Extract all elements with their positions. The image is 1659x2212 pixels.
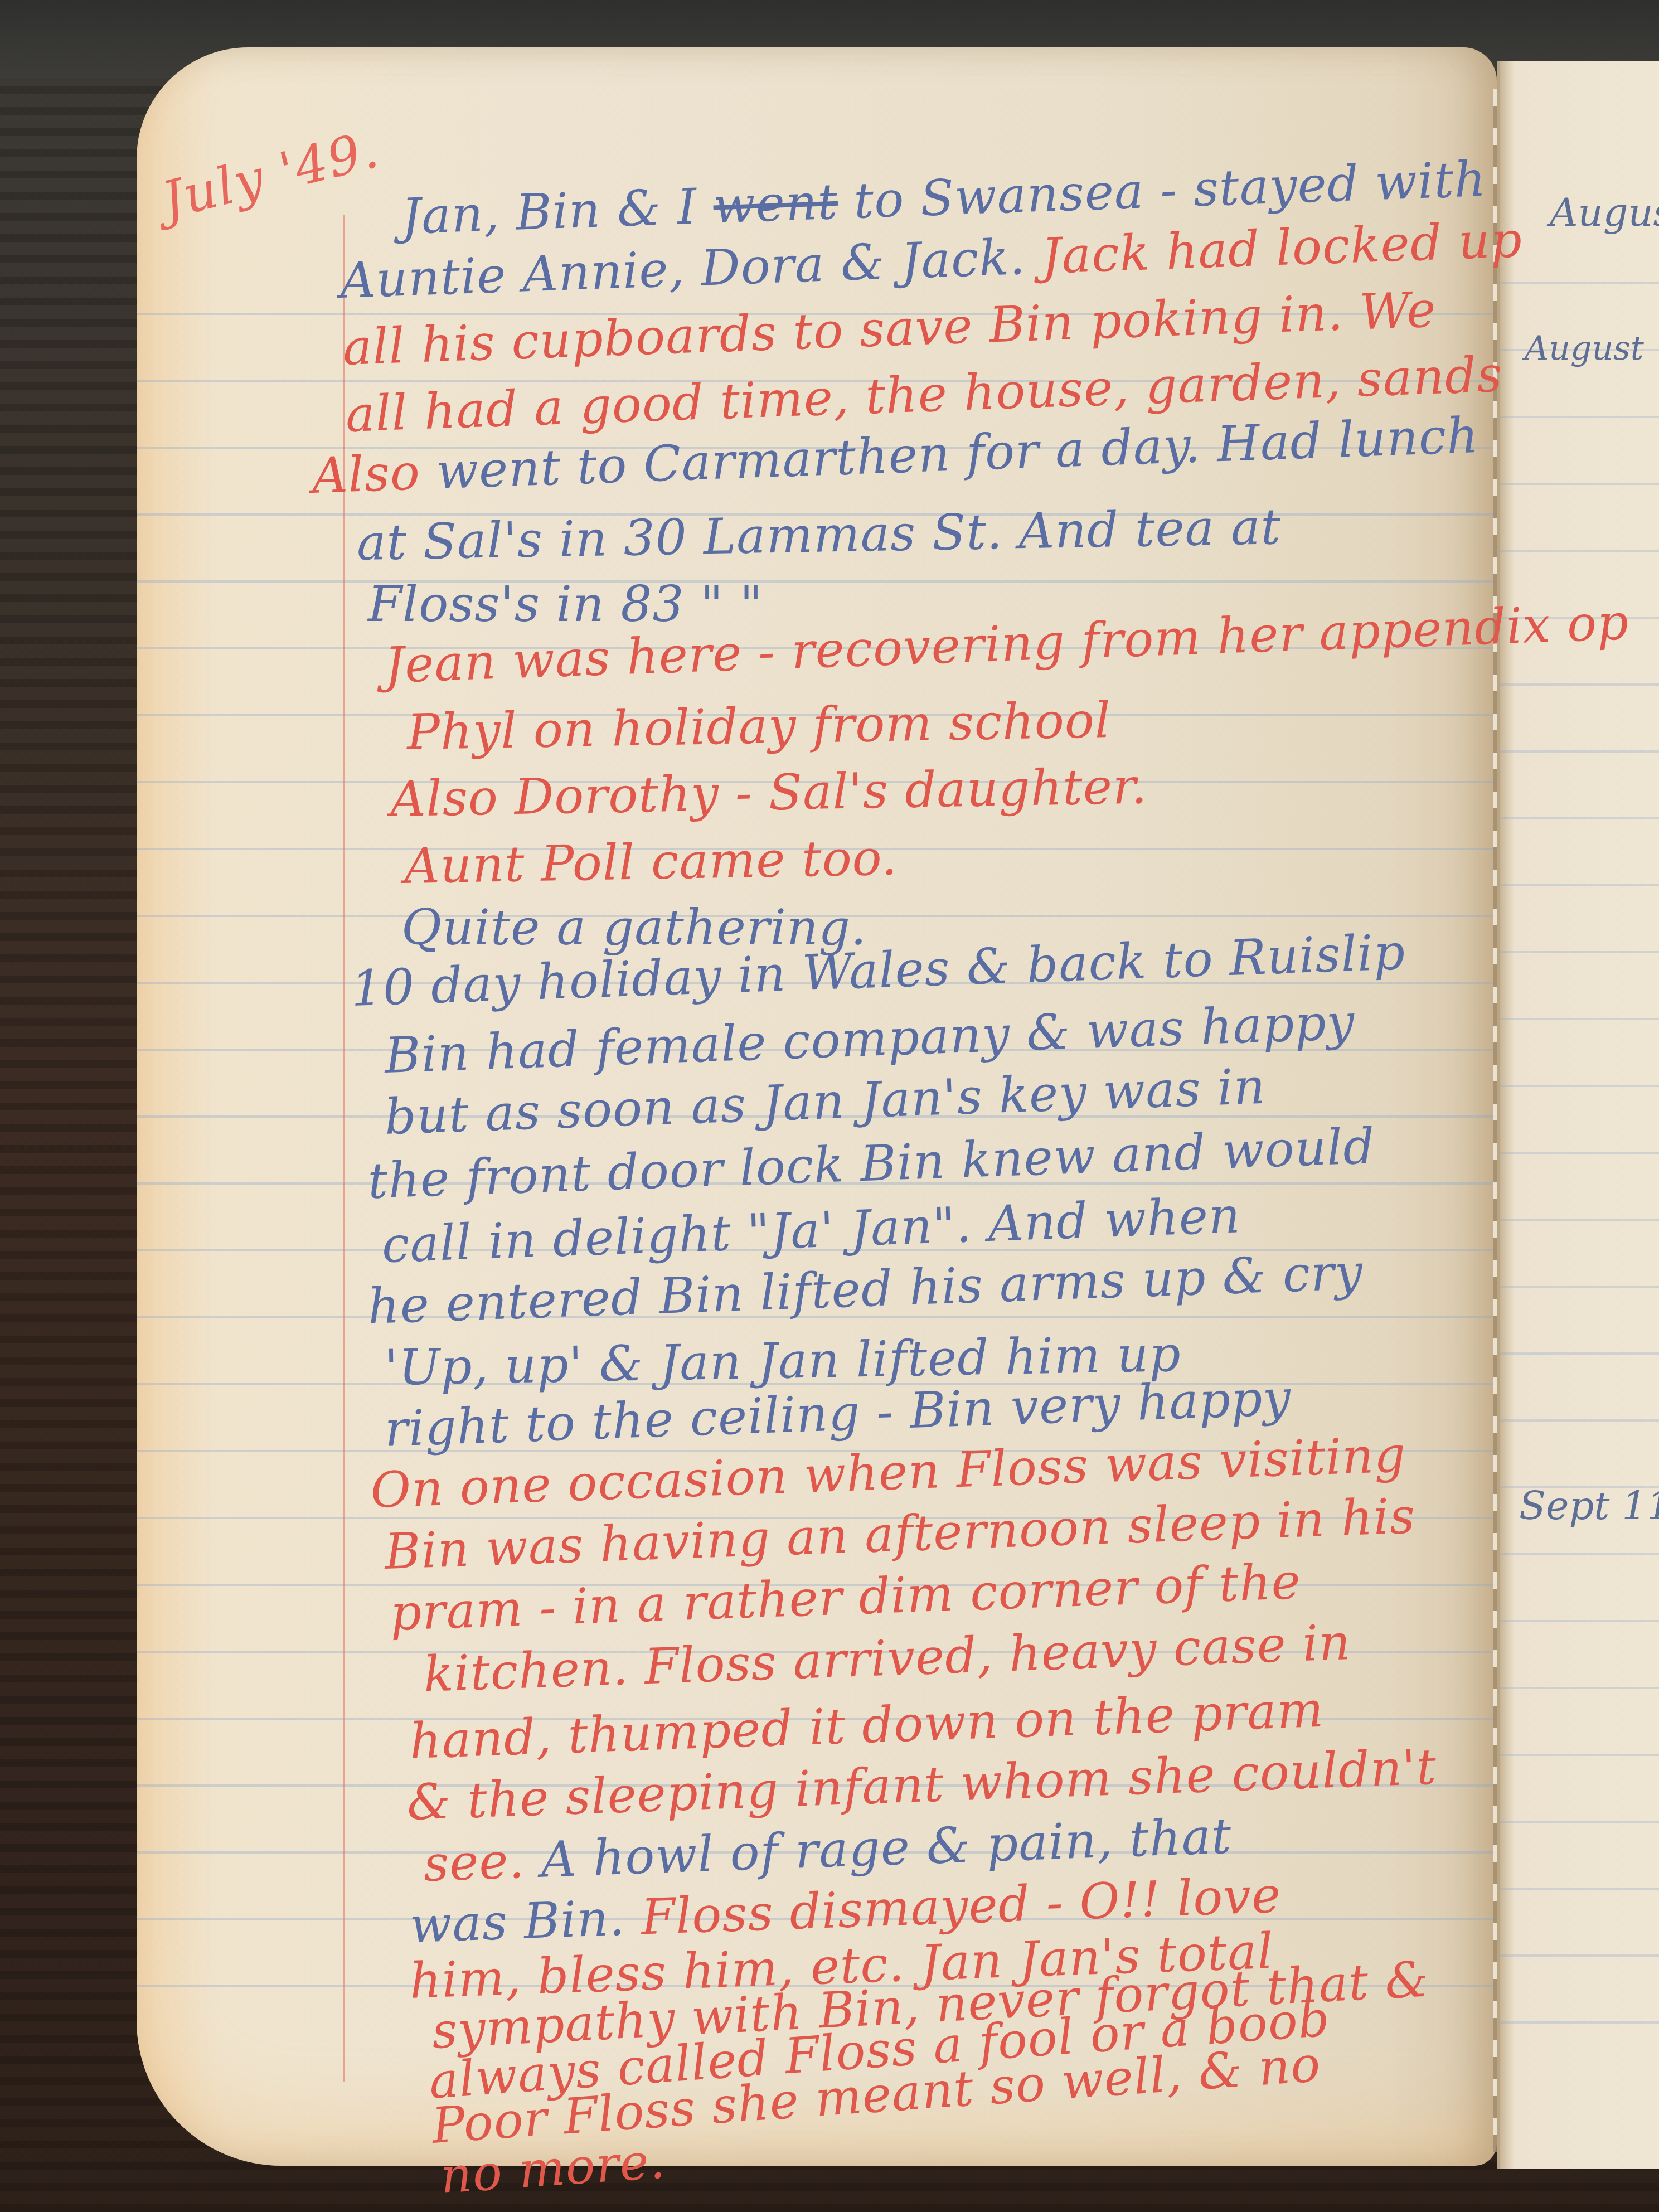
ink-segment-blue: Jan, Bin & I	[400, 177, 714, 245]
ink-segment-blue: was Bin.	[409, 1889, 642, 1954]
handwritten-line: Also Dorothy - Sal's daughter.	[390, 761, 1148, 824]
right-margin-note: Sept 11	[1519, 1483, 1659, 1529]
struck-through-word: went	[712, 173, 839, 235]
handwritten-line: Phyl on holiday from school	[406, 696, 1111, 757]
right-margin-note: August	[1550, 190, 1659, 235]
ink-segment-red: see.	[423, 1831, 542, 1893]
handwritten-line: no more.	[439, 2136, 667, 2201]
right-ruled-lines	[1500, 217, 1659, 2057]
ink-segment-red: Phyl on holiday from school	[406, 691, 1112, 761]
ink-segment-red: Aunt Poll came too.	[404, 829, 898, 895]
right-margin-note: August	[1525, 329, 1644, 368]
handwritten-line: Floss's in 83 " "	[368, 580, 763, 629]
ink-segment-red: Also	[311, 443, 437, 505]
diary-right-page	[1497, 61, 1659, 2169]
ink-segment-blue: Floss's in 83 " "	[368, 575, 763, 633]
handwritten-line: Aunt Poll came too.	[404, 833, 898, 891]
